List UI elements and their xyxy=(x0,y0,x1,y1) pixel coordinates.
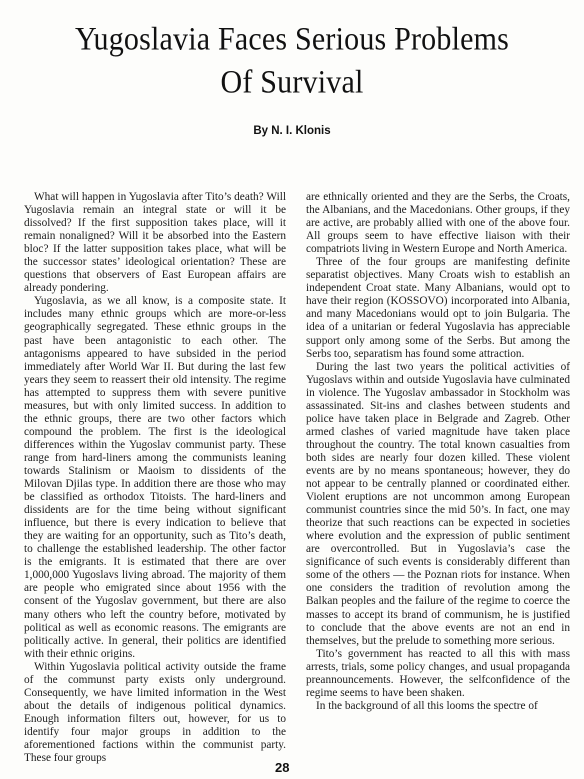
paragraph-continued: are ethnically oriented and they are the… xyxy=(306,191,570,256)
left-column: What will happen in Yugoslavia after Tit… xyxy=(24,191,286,765)
author-byline: By N. I. Klonis xyxy=(0,125,584,137)
page-number: 28 xyxy=(275,760,289,775)
paragraph: During the last two years the political … xyxy=(306,361,570,648)
right-column: are ethnically oriented and they are the… xyxy=(306,191,570,713)
paragraph: Within Yugoslavia political activity out… xyxy=(24,661,286,765)
title-line-2: Of Survival xyxy=(0,61,584,104)
title-line-1: Yugoslavia Faces Serious Problems xyxy=(0,18,584,61)
paragraph: What will happen in Yugoslavia after Tit… xyxy=(24,191,286,295)
paragraph: In the background of all this looms the … xyxy=(306,700,570,713)
paragraph: Three of the four groups are manifesting… xyxy=(306,256,570,360)
paragraph: Tito’s government has reacted to all thi… xyxy=(306,648,570,700)
article-title: Yugoslavia Faces Serious Problems Of Sur… xyxy=(0,18,584,104)
paragraph: Yugoslavia, as we all know, is a composi… xyxy=(24,295,286,660)
